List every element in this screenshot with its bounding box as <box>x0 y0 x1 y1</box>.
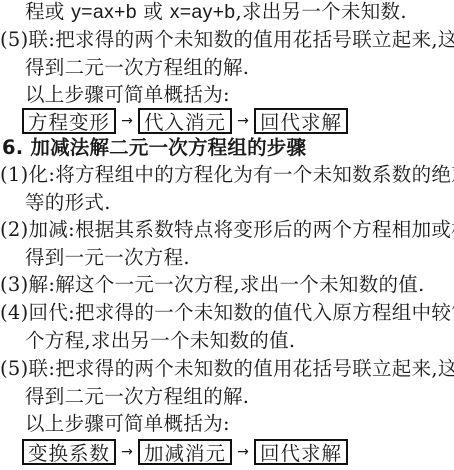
flow-box-3: 回代求解 <box>254 439 348 465</box>
elimination-step3: (3)解:解这个一元一次方程,求出一个未知数的值. <box>0 272 425 298</box>
step-text: 联:把求得的两个未知数的值用花括号联立起来,这样就 <box>29 357 454 380</box>
step-number: (3) <box>0 272 29 298</box>
text-fragment: ,求出另一个未知数. <box>235 0 406 23</box>
substitution-summary-label: 以上步骤可简单概括为: <box>25 82 230 108</box>
step-number: (2) <box>0 217 29 243</box>
step-text: 回代:把求得的一个未知数的值代入原方程组中较简单的一 <box>29 301 454 324</box>
elimination-step5-continuation: 得到二元一次方程组的解. <box>25 384 249 410</box>
step-number: (1) <box>0 162 29 188</box>
section-heading: 6. 加减法解二元一次方程组的步骤 <box>2 135 306 161</box>
arrow-right-icon: → <box>232 108 254 134</box>
step-text: 联:把求得的两个未知数的值用花括号联立起来,这样就 <box>29 28 454 51</box>
text-fragment: 程或 <box>25 0 71 23</box>
elimination-step4: (4)回代:把求得的一个未知数的值代入原方程组中较简单的一 <box>0 300 454 326</box>
substitution-flow-diagram: 方程变形 → 代入消元 → 回代求解 <box>22 108 348 134</box>
equation-x: x=ay+b <box>170 1 236 23</box>
substitution-step4-continuation: 程或 y=ax+b 或 x=ay+b,求出另一个未知数. <box>25 0 407 25</box>
elimination-step2-continuation: 得到一元一次方程. <box>25 245 190 271</box>
arrow-right-icon: → <box>116 108 138 134</box>
step-number: (5) <box>0 356 29 382</box>
step-text: 解:解这个一元一次方程,求出一个未知数的值. <box>29 273 425 296</box>
equation-y: y=ax+b <box>71 1 137 23</box>
elimination-step1: (1)化:将方程组中的方程化为有一个未知数系数的绝对值相 <box>0 162 454 188</box>
elimination-summary-label: 以上步骤可简单概括为: <box>25 411 230 437</box>
flow-box-1: 方程变形 <box>22 108 116 134</box>
elimination-flow-diagram: 变换系数 → 加减消元 → 回代求解 <box>22 439 348 465</box>
elimination-step5: (5)联:把求得的两个未知数的值用花括号联立起来,这样就 <box>0 356 454 382</box>
elimination-step1-continuation: 等的形式. <box>25 190 111 216</box>
substitution-step5-continuation: 得到二元一次方程组的解. <box>25 55 249 81</box>
step-number: (5) <box>0 27 29 53</box>
arrow-right-icon: → <box>232 439 254 465</box>
flow-box-2: 加减消元 <box>138 439 232 465</box>
elimination-step2: (2)加减:根据其系数特点将变形后的两个方程相加或相减, <box>0 217 454 243</box>
text-fragment: 或 <box>137 0 170 23</box>
step-number: (4) <box>0 300 29 326</box>
flow-box-1: 变换系数 <box>22 439 116 465</box>
elimination-step4-continuation: 个方程,求出另一个未知数的值. <box>25 328 295 354</box>
step-text: 化:将方程组中的方程化为有一个未知数系数的绝对值相 <box>29 163 454 186</box>
flow-box-2: 代入消元 <box>138 108 232 134</box>
step-text: 加减:根据其系数特点将变形后的两个方程相加或相减, <box>29 218 454 241</box>
substitution-step5: (5)联:把求得的两个未知数的值用花括号联立起来,这样就 <box>0 27 454 53</box>
flow-box-3: 回代求解 <box>254 108 348 134</box>
arrow-right-icon: → <box>116 439 138 465</box>
